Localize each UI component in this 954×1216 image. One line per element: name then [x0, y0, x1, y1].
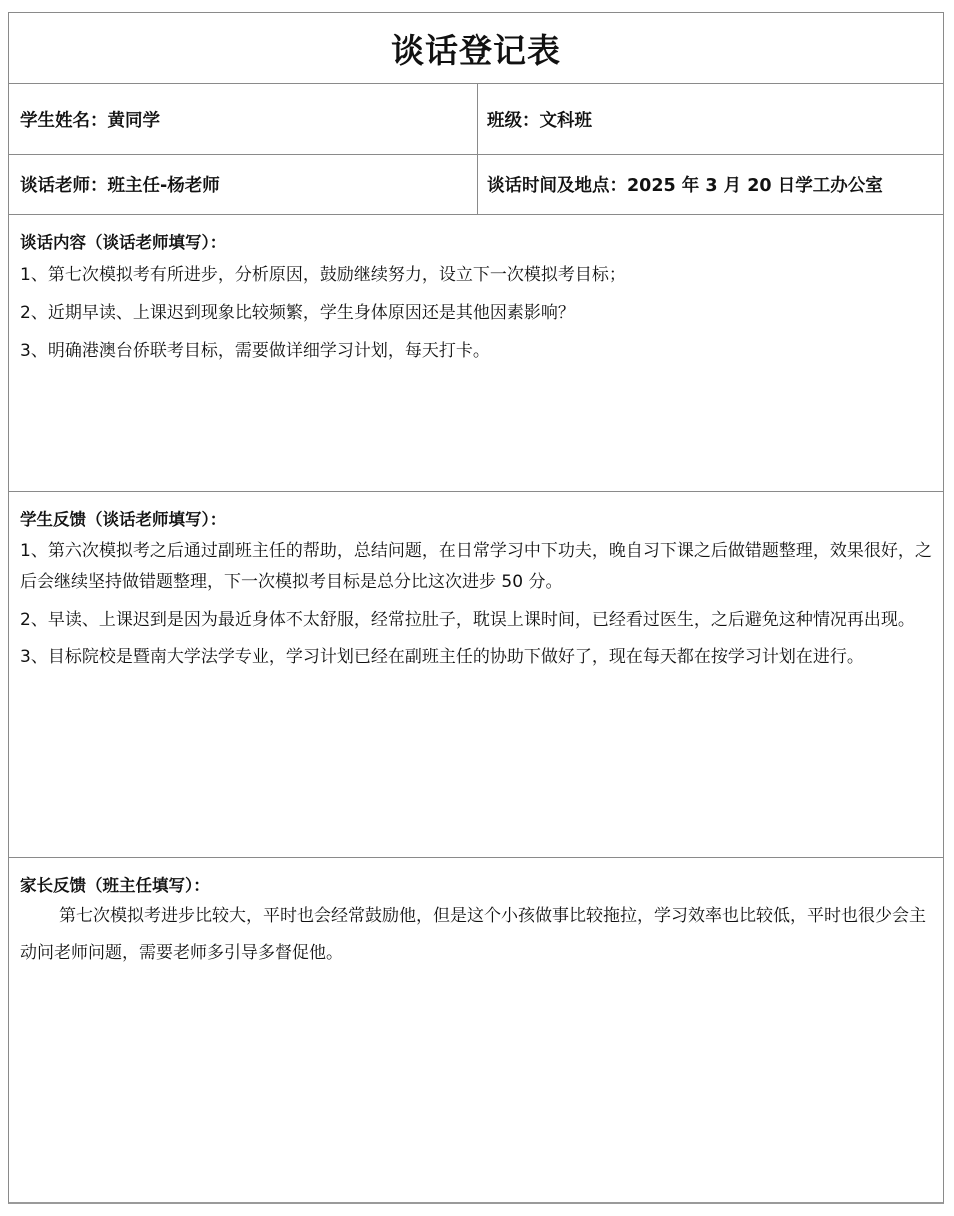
parent-feedback-section: 家长反馈（班主任填写）： 第七次模拟考进步比较大，平时也会经常鼓励他，但是这个小…	[9, 858, 943, 1203]
conversation-content-section: 谈话内容（谈话老师填写）： 1、第七次模拟考有所进步，分析原因，鼓励继续努力，设…	[9, 215, 943, 492]
parent-feedback-text: 第七次模拟考进步比较大，平时也会经常鼓励他，但是这个小孩做事比较拖拉，学习效率也…	[9, 898, 943, 973]
class-label: 班级：	[487, 107, 540, 132]
info-row-teacher: 谈话老师： 班主任-杨老师 谈话时间及地点： 2025 年 3 月 20 日学工…	[9, 155, 943, 215]
class-cell: 班级： 文科班	[478, 84, 943, 154]
class-value: 文科班	[540, 107, 593, 132]
conversation-record-form: 谈话登记表 学生姓名： 黄同学 班级： 文科班 谈话老师： 班主任-杨老师 谈话…	[8, 12, 944, 1204]
time-place-value: 2025 年 3 月 20 日学工办公室	[627, 172, 883, 197]
feedback-item: 3、目标院校是暨南大学法学专业，学习计划已经在副班主任的协助下做好了，现在每天都…	[9, 642, 943, 673]
parent-feedback-heading: 家长反馈（班主任填写）：	[9, 858, 943, 896]
time-place-cell: 谈话时间及地点： 2025 年 3 月 20 日学工办公室	[478, 155, 943, 214]
student-feedback-heading: 学生反馈（谈话老师填写）：	[9, 492, 943, 530]
student-feedback-section: 学生反馈（谈话老师填写）： 1、第六次模拟考之后通过副班主任的帮助，总结问题，在…	[9, 492, 943, 858]
feedback-item: 2、早读、上课迟到是因为最近身体不太舒服，经常拉肚子，耽误上课时间，已经看过医生…	[9, 605, 943, 636]
content-item: 2、近期早读、上课迟到现象比较频繁，学生身体原因还是其他因素影响？	[9, 299, 943, 329]
student-name-value: 黄同学	[108, 107, 161, 132]
student-name-label: 学生姓名：	[20, 107, 108, 132]
teacher-value: 班主任-杨老师	[108, 172, 220, 197]
content-item: 1、第七次模拟考有所进步，分析原因，鼓励继续努力，设立下一次模拟考目标；	[9, 261, 943, 291]
teacher-label: 谈话老师：	[20, 172, 108, 197]
title-row: 谈话登记表	[9, 13, 943, 84]
teacher-cell: 谈话老师： 班主任-杨老师	[9, 155, 478, 214]
form-title: 谈话登记表	[391, 25, 561, 72]
info-row-student: 学生姓名： 黄同学 班级： 文科班	[9, 84, 943, 155]
feedback-item: 1、第六次模拟考之后通过副班主任的帮助，总结问题，在日常学习中下功夫，晚自习下课…	[9, 536, 943, 599]
content-item: 3、明确港澳台侨联考目标，需要做详细学习计划，每天打卡。	[9, 337, 943, 367]
time-place-label: 谈话时间及地点：	[487, 172, 627, 197]
conversation-content-heading: 谈话内容（谈话老师填写）：	[9, 215, 943, 253]
student-name-cell: 学生姓名： 黄同学	[9, 84, 478, 154]
